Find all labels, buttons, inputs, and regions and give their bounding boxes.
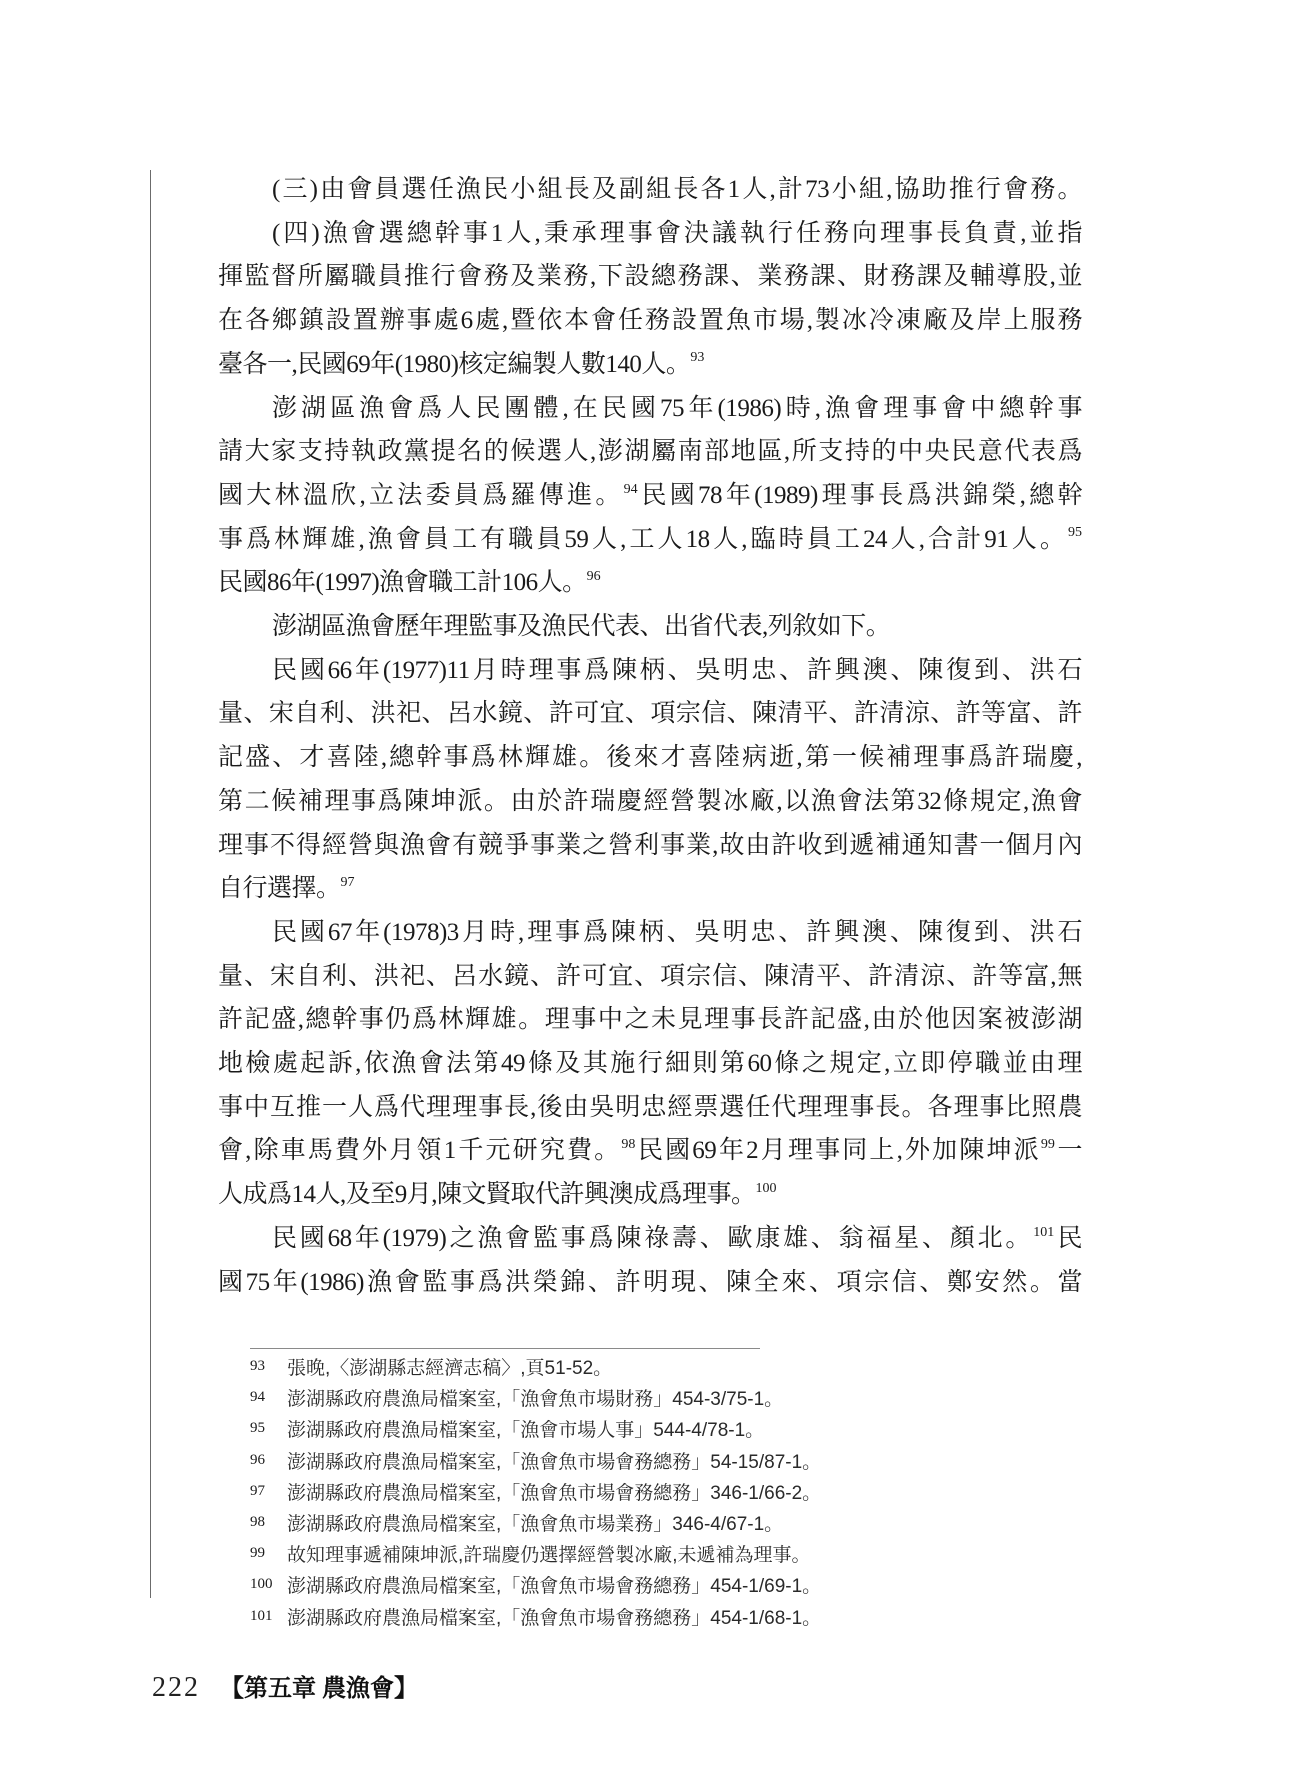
body-text-run: 國75年(1986)漁會監事爲洪榮錦、許明現、陳全來、項宗信、鄭安然。當 [218, 1269, 1082, 1296]
footnote-text: 澎湖縣政府農漁局檔案室,「漁會魚市場會務總務」54-15/87-1。 [287, 1448, 821, 1477]
footnotes: 93張晚,〈澎湖縣志經濟志稿〉,頁51-52。94澎湖縣政府農漁局檔案室,「漁會… [250, 1354, 1096, 1635]
body-line: 澎湖區漁會爲人民團體,在民國75年(1986)時,漁會理事會中總幹事 [218, 387, 1082, 431]
body-line: 國75年(1986)漁會監事爲洪榮錦、許明現、陳全來、項宗信、鄭安然。當 [218, 1261, 1082, 1305]
footnote: 96澎湖縣政府農漁局檔案室,「漁會魚市場會務總務」54-15/87-1。 [250, 1448, 1096, 1479]
body-text-run: 澎湖區漁會歷年理監事及漁民代表、出省代表,列敘如下。 [272, 613, 890, 640]
footnote-ref: 101 [1033, 1225, 1054, 1240]
body-text-run: (三)由會員選任漁民小組長及副組長各1人,計73小組,協助推行會務。 [272, 176, 1082, 203]
body-line: 在各鄉鎮設置辦事處6處,暨依本會任務設置魚市場,製冰冷凍廠及岸上服務 [218, 299, 1082, 343]
body-text-run: 民國68年(1979)之漁會監事爲陳祿壽、歐康雄、翁福星、顏北。 [272, 1225, 1033, 1252]
footnote-number: 98 [250, 1508, 287, 1537]
body-text-run: 民國69年2月理事同上,外加陳坤派 [635, 1137, 1040, 1164]
body-line: 量、宋自利、洪祀、呂水鏡、許可宜、項宗信、陳清平、許清涼、許等富,無 [218, 955, 1082, 999]
body-text-run: 會,除車馬費外月領1千元研究費。 [218, 1137, 621, 1164]
footnote: 97澎湖縣政府農漁局檔案室,「漁會魚市場會務總務」346-1/66-2。 [250, 1479, 1096, 1510]
body-text-run: 民國67年(1978)3月時,理事爲陳柄、吳明忠、許興澳、陳復到、洪石 [272, 919, 1082, 946]
body-text-run: 第二候補理事爲陳坤派。由於許瑞慶經營製冰廠,以漁會法第32條規定,漁會 [218, 788, 1082, 815]
page-number: 222 [152, 1672, 200, 1703]
body-line: 民國68年(1979)之漁會監事爲陳祿壽、歐康雄、翁福星、顏北。101民 [218, 1217, 1082, 1261]
footnote-ref: 94 [624, 482, 638, 497]
body-line: 民國67年(1978)3月時,理事爲陳柄、吳明忠、許興澳、陳復到、洪石 [218, 911, 1082, 955]
body-text-run: 記盛、才喜陸,總幹事爲林輝雄。後來才喜陸病逝,第一候補理事爲許瑞慶, [218, 744, 1082, 771]
footnote: 101澎湖縣政府農漁局檔案室,「漁會魚市場會務總務」454-1/68-1。 [250, 1604, 1096, 1635]
book-page: (三)由會員選任漁民小組長及副組長各1人,計73小組,協助推行會務。(四)漁會選… [0, 0, 1300, 1779]
footnote-text: 澎湖縣政府農漁局檔案室,「漁會魚市場業務」346-4/67-1。 [287, 1510, 783, 1539]
footnote-separator [250, 1348, 760, 1349]
footnote-number: 96 [250, 1446, 287, 1475]
body-line: 量、宋自利、洪祀、呂水鏡、許可宜、項宗信、陳清平、許清涼、許等富、許 [218, 692, 1082, 736]
body-text-run: 理事不得經營與漁會有競爭事業之營利事業,故由許收到遞補通知書一個月內 [218, 832, 1082, 859]
body-line: 許記盛,總幹事仍爲林輝雄。理事中之未見理事長許記盛,由於他因案被澎湖 [218, 998, 1082, 1042]
body-line: 揮監督所屬職員推行會務及業務,下設總務課、業務課、財務課及輔導股,並 [218, 255, 1082, 299]
body-line: 地檢處起訴,依漁會法第49條及其施行細則第60條之規定,立即停職並由理 [218, 1042, 1082, 1086]
footnote: 95澎湖縣政府農漁局檔案室,「漁會市場人事」544-4/78-1。 [250, 1416, 1096, 1447]
margin-rule [150, 170, 151, 1598]
footnote-text: 澎湖縣政府農漁局檔案室,「漁會魚市場會務總務」454-1/68-1。 [287, 1604, 821, 1633]
body-text-run: 民國86年(1997)漁會職工計106人。 [218, 569, 587, 596]
footnote-text: 澎湖縣政府農漁局檔案室,「漁會市場人事」544-4/78-1。 [287, 1416, 764, 1445]
footnote-number: 99 [250, 1539, 287, 1568]
body-text-run: 民 [1054, 1225, 1082, 1252]
body-line: (三)由會員選任漁民小組長及副組長各1人,計73小組,協助推行會務。 [218, 168, 1082, 212]
body-text-run: 量、宋自利、洪祀、呂水鏡、許可宜、項宗信、陳清平、許清涼、許等富、許 [218, 700, 1082, 727]
body-line: 人成爲14人,及至9月,陳文賢取代許興澳成爲理事。100 [218, 1173, 1082, 1217]
body-text-run: 地檢處起訴,依漁會法第49條及其施行細則第60條之規定,立即停職並由理 [218, 1050, 1082, 1077]
body-line: 澎湖區漁會歷年理監事及漁民代表、出省代表,列敘如下。 [218, 605, 1082, 649]
footnote-number: 95 [250, 1414, 287, 1443]
body-line: 理事不得經營與漁會有競爭事業之營利事業,故由許收到遞補通知書一個月內 [218, 824, 1082, 868]
footnote-text: 澎湖縣政府農漁局檔案室,「漁會魚市場財務」454-3/75-1。 [287, 1385, 783, 1414]
footnote-number: 97 [250, 1477, 287, 1506]
footnote-ref: 95 [1068, 525, 1082, 540]
footnote-text: 故知理事遞補陳坤派,許瑞慶仍選擇經營製冰廠,未遞補為理事。 [287, 1541, 811, 1570]
footnote: 98澎湖縣政府農漁局檔案室,「漁會魚市場業務」346-4/67-1。 [250, 1510, 1096, 1541]
body-line: 請大家支持執政黨提名的候選人,澎湖屬南部地區,所支持的中央民意代表爲 [218, 430, 1082, 474]
body-text-run: 人成爲14人,及至9月,陳文賢取代許興澳成爲理事。 [218, 1181, 756, 1208]
body-line: (四)漁會選總幹事1人,秉承理事會決議執行任務向理事長負責,並指 [218, 212, 1082, 256]
body-line: 自行選擇。97 [218, 867, 1082, 911]
body-line: 國大林溫欣,立法委員爲羅傳進。94民國78年(1989)理事長爲洪錦榮,總幹 [218, 474, 1082, 518]
body-text-run: 在各鄉鎮設置辦事處6處,暨依本會任務設置魚市場,製冰冷凍廠及岸上服務 [218, 307, 1082, 334]
footnote-ref: 93 [690, 350, 704, 365]
body-text-run: 臺各一,民國69年(1980)核定編製人數140人。 [218, 351, 690, 378]
body-text-run: 事中互推一人爲代理理事長,後由吳明忠經票選任代理理事長。各理事比照農 [218, 1094, 1082, 1121]
body-line: 記盛、才喜陸,總幹事爲林輝雄。後來才喜陸病逝,第一候補理事爲許瑞慶, [218, 736, 1082, 780]
body-text-run: 自行選擇。 [218, 875, 341, 902]
body-text-run: 揮監督所屬職員推行會務及業務,下設總務課、業務課、財務課及輔導股,並 [218, 263, 1082, 290]
footnote-number: 94 [250, 1383, 287, 1412]
footnote-number: 100 [250, 1570, 287, 1599]
body-line: 民國86年(1997)漁會職工計106人。96 [218, 561, 1082, 605]
body-line: 事中互推一人爲代理理事長,後由吳明忠經票選任代理理事長。各理事比照農 [218, 1086, 1082, 1130]
footnote-ref: 98 [621, 1137, 635, 1152]
body-line: 事爲林輝雄,漁會員工有職員59人,工人18人,臨時員工24人,合計91人。95 [218, 518, 1082, 562]
body-text-run: 國大林溫欣,立法委員爲羅傳進。 [218, 482, 624, 509]
footnote: 99故知理事遞補陳坤派,許瑞慶仍選擇經營製冰廠,未遞補為理事。 [250, 1541, 1096, 1572]
footnote-ref: 99 [1041, 1137, 1055, 1152]
footnote: 100澎湖縣政府農漁局檔案室,「漁會魚市場會務總務」454-1/69-1。 [250, 1572, 1096, 1603]
body-text-run: 澎湖區漁會爲人民團體,在民國75年(1986)時,漁會理事會中總幹事 [272, 395, 1082, 422]
body-text-run: 民國78年(1989)理事長爲洪錦榮,總幹 [638, 482, 1082, 509]
footnote-text: 澎湖縣政府農漁局檔案室,「漁會魚市場會務總務」346-1/66-2。 [287, 1479, 821, 1508]
body-line: 民國66年(1977)11月時理事爲陳柄、吳明忠、許興澳、陳復到、洪石 [218, 649, 1082, 693]
body-text-run: 一 [1055, 1137, 1082, 1164]
body-line: 會,除車馬費外月領1千元研究費。98民國69年2月理事同上,外加陳坤派99一 [218, 1129, 1082, 1173]
body-text-run: 量、宋自利、洪祀、呂水鏡、許可宜、項宗信、陳清平、許清涼、許等富,無 [218, 963, 1082, 990]
body-text-run: 請大家支持執政黨提名的候選人,澎湖屬南部地區,所支持的中央民意代表爲 [218, 438, 1082, 465]
body-text-run: (四)漁會選總幹事1人,秉承理事會決議執行任務向理事長負責,並指 [272, 220, 1082, 247]
footnote-ref: 97 [341, 875, 355, 890]
body-text-run: 事爲林輝雄,漁會員工有職員59人,工人18人,臨時員工24人,合計91人。 [218, 526, 1068, 553]
footnote: 93張晚,〈澎湖縣志經濟志稿〉,頁51-52。 [250, 1354, 1096, 1385]
body-line: 臺各一,民國69年(1980)核定編製人數140人。93 [218, 343, 1082, 387]
footnote: 94澎湖縣政府農漁局檔案室,「漁會魚市場財務」454-3/75-1。 [250, 1385, 1096, 1416]
footnote-text: 澎湖縣政府農漁局檔案室,「漁會魚市場會務總務」454-1/69-1。 [287, 1572, 821, 1601]
body-text: (三)由會員選任漁民小組長及副組長各1人,計73小組,協助推行會務。(四)漁會選… [218, 168, 1082, 1304]
footnote-number: 101 [250, 1602, 287, 1631]
body-line: 第二候補理事爲陳坤派。由於許瑞慶經營製冰廠,以漁會法第32條規定,漁會 [218, 780, 1082, 824]
footnote-ref: 100 [756, 1181, 777, 1196]
body-text-run: 民國66年(1977)11月時理事爲陳柄、吳明忠、許興澳、陳復到、洪石 [272, 657, 1082, 684]
footnote-ref: 96 [587, 569, 601, 584]
chapter-title: 【第五章 農漁會】 [220, 1676, 418, 1702]
footnote-text: 張晚,〈澎湖縣志經濟志稿〉,頁51-52。 [287, 1354, 612, 1383]
footnote-number: 93 [250, 1352, 287, 1381]
page-footer: 222【第五章 農漁會】 [152, 1668, 418, 1704]
body-text-run: 許記盛,總幹事仍爲林輝雄。理事中之未見理事長許記盛,由於他因案被澎湖 [218, 1006, 1082, 1033]
